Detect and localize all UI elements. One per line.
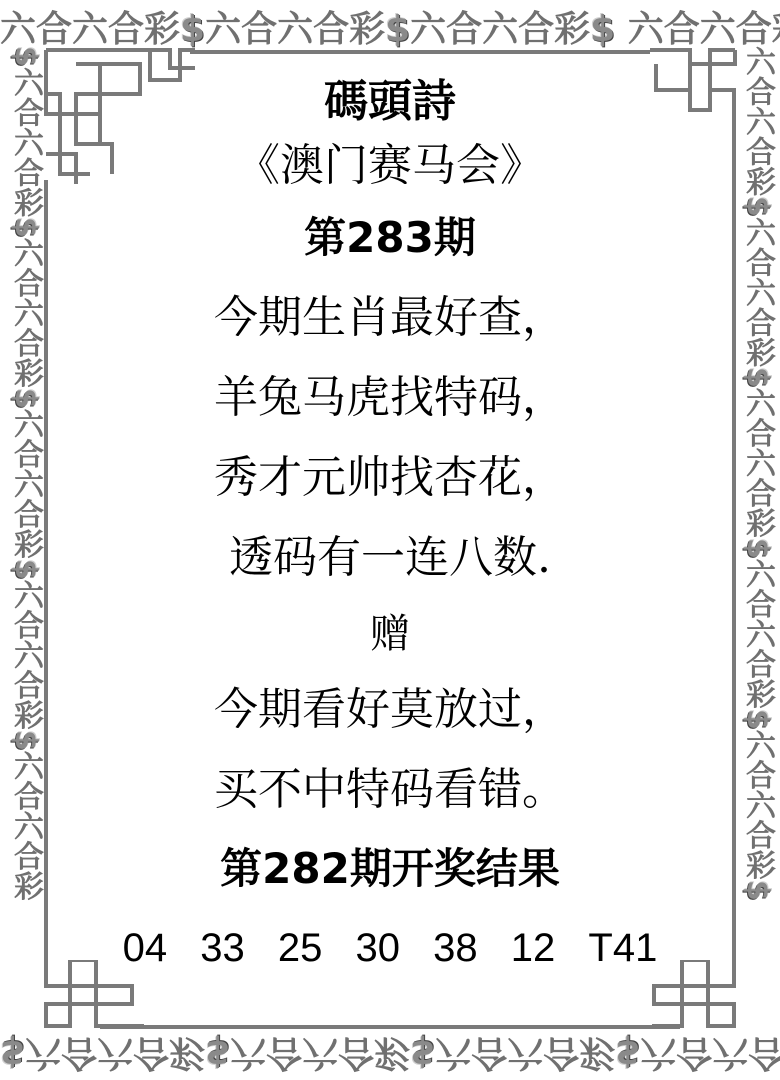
border-text: 六合六合彩 <box>205 9 385 50</box>
page-subtitle: 《澳门赛马会》 <box>60 134 720 198</box>
dollar-icon: $ <box>410 1030 435 1074</box>
dollar-icon: $ <box>4 217 46 238</box>
dollar-icon: $ <box>736 709 778 730</box>
border-text: 六合六合彩 <box>230 1032 410 1073</box>
gift-label: 赠 <box>60 598 720 670</box>
border-text: 六合六合彩 <box>8 580 43 730</box>
dollar-icon: $ <box>4 730 46 751</box>
border-right-strip: 六合六合彩$六合六合彩$六合六合彩$六合六合彩$六合六合彩$ <box>736 46 778 1026</box>
result-number: 04 <box>123 926 168 970</box>
border-text: 六合六合彩 <box>740 559 775 709</box>
poster-frame: 六合六合彩$六合六合彩$六合六合彩$ 六合六合彩$ $六合六合彩$六合六合彩$六… <box>0 0 780 1080</box>
border-left-strip: $六合六合彩$六合六合彩$六合六合彩$六合六合彩$六合六合彩 <box>4 46 46 1026</box>
gift-block: 今期看好莫放过， 买不中特码看错。 <box>60 670 720 830</box>
gift-line: 今期看好莫放过， <box>60 670 720 750</box>
dollar-icon: $ <box>4 559 46 580</box>
result-number: 38 <box>433 926 478 970</box>
poem-block: 今期生肖最好查， 羊兔马虎找特码， 秀才元帅找杏花， 透码有一连八数. <box>60 278 720 598</box>
dollar-icon: $ <box>736 880 778 901</box>
border-text: 六合六合彩 <box>740 217 775 367</box>
frame-line-right <box>732 90 736 980</box>
border-text: 六合六合彩 <box>740 388 775 538</box>
frame-line-left <box>44 180 48 980</box>
dollar-icon: $ <box>205 1030 230 1074</box>
border-text: 六合六合彩 <box>8 67 43 217</box>
border-text: 六合六合彩 <box>25 1032 205 1073</box>
result-number: 33 <box>200 926 245 970</box>
border-text: 六合六合彩 <box>8 750 43 900</box>
issue-number: 第283期 <box>60 198 720 278</box>
border-text: 六合六合彩 <box>8 409 43 559</box>
result-title: 第282期开奖结果 <box>60 830 720 908</box>
border-text: 六合六合彩 <box>740 46 775 196</box>
border-text: 六合六合彩 <box>8 238 43 388</box>
border-bottom-strip: $六合六合彩$六合六合彩$六合六合彩$六合六合彩 <box>0 1030 780 1074</box>
dollar-icon: $ <box>4 388 46 409</box>
gift-line: 买不中特码看错。 <box>60 750 720 830</box>
border-text: 六合六合彩 <box>640 1032 780 1073</box>
poem-line: 羊兔马虎找特码， <box>60 358 720 438</box>
border-text: 六合六合彩 <box>410 9 590 50</box>
poster-content: 碼頭詩 《澳门赛马会》 第283期 今期生肖最好查， 羊兔马虎找特码， 秀才元帅… <box>60 70 720 988</box>
dollar-icon: $ <box>0 1030 25 1074</box>
border-text: 六合六合彩 <box>435 1032 615 1073</box>
dollar-icon: $ <box>385 8 410 52</box>
dollar-icon: $ <box>736 538 778 559</box>
dollar-icon: $ <box>615 1030 640 1074</box>
poem-line: 今期生肖最好查， <box>60 278 720 358</box>
page-title: 碼頭詩 <box>60 70 720 134</box>
poem-line: 透码有一连八数. <box>60 518 720 598</box>
result-number: 30 <box>356 926 401 970</box>
poem-line: 秀才元帅找杏花， <box>60 438 720 518</box>
result-numbers: 04 33 25 30 38 12 T41 <box>60 908 720 988</box>
result-number: 25 <box>278 926 323 970</box>
result-special-number: T41 <box>588 926 657 970</box>
dollar-icon: $ <box>736 367 778 388</box>
border-text: 六合六合彩 <box>740 730 775 880</box>
frame-line-top <box>190 50 650 54</box>
dollar-icon: $ <box>590 8 615 52</box>
result-number: 12 <box>511 926 556 970</box>
frame-line-bottom <box>100 1025 680 1029</box>
dollar-icon: $ <box>736 196 778 217</box>
